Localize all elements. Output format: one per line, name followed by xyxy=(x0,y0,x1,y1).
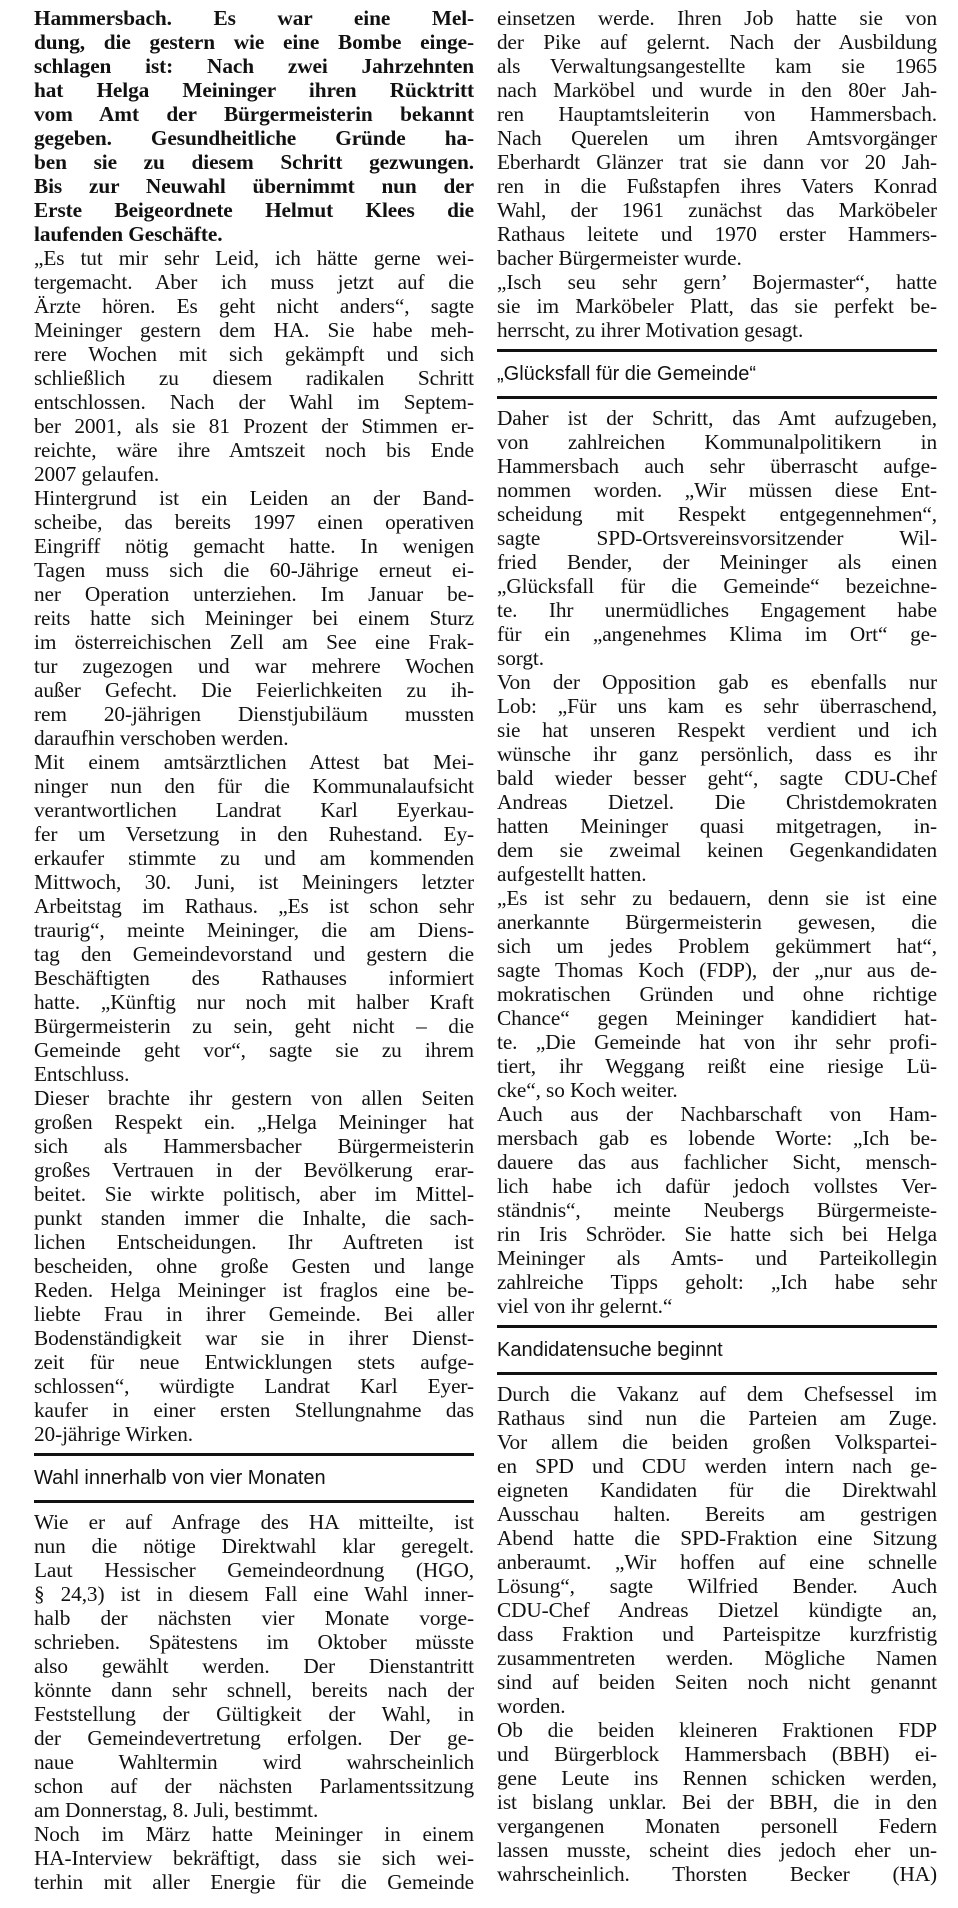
text-line: Ärzte hören. Es geht nicht anders“, sagt… xyxy=(34,294,474,318)
text-line: Von der Opposition gab es ebenfalls nur xyxy=(497,670,937,694)
text-line: Nach Querelen um ihren Amtsvorgänger xyxy=(497,126,937,150)
text-line: ständnis“, meinte Neubergs Bürgermeiste- xyxy=(497,1198,937,1222)
text-line: „Es ist sehr zu bedauern, denn sie ist e… xyxy=(497,886,937,910)
text-line: te. „Die Gemeinde hat von ihr sehr profi… xyxy=(497,1030,937,1054)
text-line: worden. xyxy=(497,1694,937,1718)
text-line: Auch aus der Nachbarschaft von Ham- xyxy=(497,1102,937,1126)
text-line: und Bürgerblock Hammersbach (BBH) ei- xyxy=(497,1742,937,1766)
section-subheading: Wahl innerhalb von vier Monaten xyxy=(34,1456,474,1500)
text-line: bald wieder besser geht“, sagte CDU-Chef xyxy=(497,766,937,790)
text-line: sie hat unseren Respekt verdient und ich xyxy=(497,718,937,742)
text-line: ren Hauptamtsleiterin von Hammersbach. xyxy=(497,102,937,126)
body-paragraph: Dieser brachte ihr gestern von allen Sei… xyxy=(34,1086,474,1446)
text-line: Bodenständigkeit war sie in ihrer Dienst… xyxy=(34,1326,474,1350)
text-line: wahrscheinlich. Thorsten Becker (HA) xyxy=(497,1862,937,1886)
text-line: entschlossen. Nach der Wahl im Septem- xyxy=(34,390,474,414)
text-line: Ob die beiden kleineren Fraktionen FDP xyxy=(497,1718,937,1742)
text-line: großen Respekt ein. „Helga Meininger hat xyxy=(34,1110,474,1134)
text-line: zahlreiche Tipps geholt: „Ich habe sehr xyxy=(497,1270,937,1294)
text-line: mersbach gab es lobende Worte: „Ich be- xyxy=(497,1126,937,1150)
text-line: Dieser brachte ihr gestern von allen Sei… xyxy=(34,1086,474,1110)
text-line: kaufer in einer ersten Stellungnahme das xyxy=(34,1398,474,1422)
text-line: erkaufer stimmte zu und am kommenden xyxy=(34,846,474,870)
text-line: cke“, so Koch weiter. xyxy=(497,1078,937,1102)
text-line: Bürgermeisterin zu sein, geht nicht – di… xyxy=(34,1014,474,1038)
text-line: nach Marköbel und wurde in den 80er Jah- xyxy=(497,78,937,102)
text-line: also gewählt werden. Der Dienstantritt xyxy=(34,1654,474,1678)
text-line: Meininger als Amts- und Parteikollegin xyxy=(497,1246,937,1270)
text-line: rere Wochen mit sich gekämpft und sich xyxy=(34,342,474,366)
text-line: ist bislang unklar. Bei der BBH, die in … xyxy=(497,1790,937,1814)
text-line: einsetzen werde. Ihren Job hatte sie von xyxy=(497,6,937,30)
section-subheading: Kandidatensuche beginnt xyxy=(497,1328,937,1372)
text-line: der Gemeindevertretung erfolgen. Der ge- xyxy=(34,1726,474,1750)
text-line: Noch im März hatte Meininger in einem xyxy=(34,1822,474,1846)
lead-paragraph: Hammersbach. Es war eine Mel-dung, die g… xyxy=(34,6,474,246)
text-line: rem 20-jährigen Dienstjubiläum mussten xyxy=(34,702,474,726)
text-line: wünsche ihr ganz persönlich, dass es ihr xyxy=(497,742,937,766)
text-line: sind auf beiden Seiten noch nicht genann… xyxy=(497,1670,937,1694)
text-line: schließlich zu diesem radikalen Schritt xyxy=(34,366,474,390)
text-line: lassen musste, scheint dies jedoch eher … xyxy=(497,1838,937,1862)
text-line: te. Ihr unermüdliches Engagement habe xyxy=(497,598,937,622)
text-line: Arbeitstag im Rathaus. „Es ist schon seh… xyxy=(34,894,474,918)
text-line: eigneten Kandidaten für die Direktwahl xyxy=(497,1478,937,1502)
text-line: Feststellung der Gültigkeit der Wahl, in xyxy=(34,1702,474,1726)
text-line: mokratischen Gründen und ohne richtige xyxy=(497,982,937,1006)
body-paragraph: Mit einem amtsärztlichen Attest bat Mei-… xyxy=(34,750,474,1086)
text-line: HA-Interview bekräftigt, dass sie sich w… xyxy=(34,1846,474,1870)
text-line: lichen Entscheidungen. Ihr Auftreten ist xyxy=(34,1230,474,1254)
text-line: tag den Gemeindevorstand und gestern die xyxy=(34,942,474,966)
text-line: ben sie zu diesem Schritt gezwungen. xyxy=(34,150,474,174)
text-line: könnte dann sehr schnell, bereits nach d… xyxy=(34,1678,474,1702)
text-line: ren in die Fußstapfen ihres Vaters Konra… xyxy=(497,174,937,198)
text-line: beitet. Sie wirkte politisch, aber im Mi… xyxy=(34,1182,474,1206)
text-line: tiert, ihr Weggang reißt eine riesige Lü… xyxy=(497,1054,937,1078)
body-paragraph: „Es tut mir sehr Leid, ich hätte gerne w… xyxy=(34,246,474,486)
text-line: vergangenen Monaten personell Federn xyxy=(497,1814,937,1838)
text-line: Mit einem amtsärztlichen Attest bat Mei- xyxy=(34,750,474,774)
text-line: tergemacht. Aber ich muss jetzt auf die xyxy=(34,270,474,294)
text-line: dauere das aus fachlicher Sicht, mensch- xyxy=(497,1150,937,1174)
text-line: traurig“, meinte Meininger, die am Diens… xyxy=(34,918,474,942)
text-line: 20-jährige Wirken. xyxy=(34,1422,474,1446)
text-line: schon auf der nächsten Parlamentssitzung xyxy=(34,1774,474,1798)
text-line: Eberhardt Glänzer trat sie dann vor 20 J… xyxy=(497,150,937,174)
text-line: laufenden Geschäfte. xyxy=(34,222,474,246)
body-paragraph: Durch die Vakanz auf dem Chefsessel imRa… xyxy=(497,1382,937,1718)
text-line: bacher Bürgermeister wurde. xyxy=(497,246,937,270)
text-line: sich um jedes Problem gekümmert hat“, xyxy=(497,934,937,958)
text-line: Laut Hessischer Gemeindeordnung (HGO, xyxy=(34,1558,474,1582)
text-line: tur zugezogen und war mehrere Wochen xyxy=(34,654,474,678)
text-line: zusammentreten werden. Mögliche Namen xyxy=(497,1646,937,1670)
text-line: anberaumt. „Wir hoffen auf eine schnelle xyxy=(497,1550,937,1574)
text-line: schlagen ist: Nach zwei Jahrzehnten xyxy=(34,54,474,78)
text-line: ninger nun den für die Kommunalaufsicht xyxy=(34,774,474,798)
text-line: „Es tut mir sehr Leid, ich hätte gerne w… xyxy=(34,246,474,270)
text-line: Entschluss. xyxy=(34,1062,474,1086)
body-paragraph: einsetzen werde. Ihren Job hatte sie von… xyxy=(497,6,937,270)
text-line: Lob: „Für uns kam es sehr überraschend, xyxy=(497,694,937,718)
text-line: dem sie zweimal keinen Gegenkandidaten xyxy=(497,838,937,862)
text-line: scheidung mit Respekt entgegennehmen“, xyxy=(497,502,937,526)
text-line: daraufhin verschoben werden. xyxy=(34,726,474,750)
text-line: für ein „angenehmes Klima im Ort“ ge- xyxy=(497,622,937,646)
body-paragraph: Hintergrund ist ein Leiden an der Band-s… xyxy=(34,486,474,750)
text-line: im österreichischen Zell am See eine Fra… xyxy=(34,630,474,654)
text-line: Durch die Vakanz auf dem Chefsessel im xyxy=(497,1382,937,1406)
text-line: CDU-Chef Andreas Dietzel kündigte an, xyxy=(497,1598,937,1622)
text-line: aufgestellt hatten. xyxy=(497,862,937,886)
text-line: Wie er auf Anfrage des HA mitteilte, ist xyxy=(34,1510,474,1534)
text-line: nommen worden. „Wir müssen diese Ent- xyxy=(497,478,937,502)
text-line: schlossen“, würdigte Landrat Karl Eyer- xyxy=(34,1374,474,1398)
text-line: rin Iris Schröder. Sie hatte sich bei He… xyxy=(497,1222,937,1246)
text-line: liebte Frau in ihrer Gemeinde. Bei aller xyxy=(34,1302,474,1326)
text-line: Eingriff nötig gemacht hatte. In wenigen xyxy=(34,534,474,558)
body-paragraph: Ob die beiden kleineren Fraktionen FDPun… xyxy=(497,1718,937,1886)
text-line: fer um Versetzung in den Ruhestand. Ey- xyxy=(34,822,474,846)
text-line: anerkannte Bürgermeisterin gewesen, die xyxy=(497,910,937,934)
text-line: dung, die gestern wie eine Bombe einge- xyxy=(34,30,474,54)
article-column-left: Hammersbach. Es war eine Mel-dung, die g… xyxy=(34,6,474,1894)
text-line: Gemeinde geht vor“, sagte sie zu ihrem xyxy=(34,1038,474,1062)
text-line: sagte SPD-Ortsvereinsvorsitzender Wil- xyxy=(497,526,937,550)
text-line: am Donnerstag, 8. Juli, bestimmt. xyxy=(34,1798,474,1822)
text-line: „Glücksfall für die Gemeinde“ bezeichne- xyxy=(497,574,937,598)
text-line: terhin mit aller Energie für die Gemeind… xyxy=(34,1870,474,1894)
body-paragraph: Noch im März hatte Meininger in einemHA-… xyxy=(34,1822,474,1894)
text-line: Reden. Helga Meininger ist fraglos eine … xyxy=(34,1278,474,1302)
text-line: dass Fraktion und Parteispitze kurzfrist… xyxy=(497,1622,937,1646)
text-line: vom Amt der Bürgermeisterin bekannt xyxy=(34,102,474,126)
text-line: Erste Beigeordnete Helmut Klees die xyxy=(34,198,474,222)
text-line: bescheiden, ohne große Gesten und lange xyxy=(34,1254,474,1278)
text-line: zeit für neue Entwicklungen stets aufge- xyxy=(34,1350,474,1374)
text-line: Bis zur Neuwahl übernimmt nun der xyxy=(34,174,474,198)
text-line: der Pike auf gelernt. Nach der Ausbildun… xyxy=(497,30,937,54)
text-line: hat Helga Meininger ihren Rücktritt xyxy=(34,78,474,102)
text-line: en SPD und CDU werden intern nach ge- xyxy=(497,1454,937,1478)
section-rule-bottom xyxy=(497,1372,937,1375)
text-line: Rathaus sind nun die Parteien am Zuge. xyxy=(497,1406,937,1430)
text-line: punkt standen immer die Inhalte, die sac… xyxy=(34,1206,474,1230)
text-line: Meininger gestern dem HA. Sie habe meh- xyxy=(34,318,474,342)
text-line: Tagen muss sich die 60-Jährige erneut ei… xyxy=(34,558,474,582)
text-line: Hammersbach auch sehr überrascht aufge- xyxy=(497,454,937,478)
text-line: „Isch seu sehr gern’ Bojermaster“, hatte xyxy=(497,270,937,294)
text-line: § 24,3) ist in diesem Fall eine Wahl inn… xyxy=(34,1582,474,1606)
text-line: scheibe, das bereits 1997 einen operativ… xyxy=(34,510,474,534)
text-line: Chance“ gegen Meininger kandidiert hat- xyxy=(497,1006,937,1030)
body-paragraph: Von der Opposition gab es ebenfalls nurL… xyxy=(497,670,937,886)
text-line: ber 2001, als sie 81 Prozent der Stimmen… xyxy=(34,414,474,438)
body-paragraph: Wie er auf Anfrage des HA mitteilte, ist… xyxy=(34,1510,474,1822)
text-line: sorgt. xyxy=(497,646,937,670)
text-line: Lösung“, sagte Wilfried Bender. Auch xyxy=(497,1574,937,1598)
text-line: gegeben. Gesundheitliche Gründe ha- xyxy=(34,126,474,150)
body-paragraph: „Isch seu sehr gern’ Bojermaster“, hatte… xyxy=(497,270,937,342)
text-line: Vor allem die beiden großen Volkspartei- xyxy=(497,1430,937,1454)
section-rule-bottom xyxy=(34,1500,474,1503)
text-line: ner Operation unterziehen. Im Januar be- xyxy=(34,582,474,606)
section-subheading: „Glücksfall für die Gemeinde“ xyxy=(497,352,937,396)
text-line: außer Gefecht. Die Feierlichkeiten zu ih… xyxy=(34,678,474,702)
text-line: Andreas Dietzel. Die Christdemokraten xyxy=(497,790,937,814)
article-column-right: einsetzen werde. Ihren Job hatte sie von… xyxy=(497,6,937,1886)
text-line: sie im Marköbeler Platt, das sie perfekt… xyxy=(497,294,937,318)
text-line: 2007 gelaufen. xyxy=(34,462,474,486)
text-line: gene Leute ins Rennen schicken werden, xyxy=(497,1766,937,1790)
text-line: Ausschau halten. Bereits am gestrigen xyxy=(497,1502,937,1526)
body-paragraph: „Es ist sehr zu bedauern, denn sie ist e… xyxy=(497,886,937,1102)
text-line: Hammersbach. Es war eine Mel- xyxy=(34,6,474,30)
text-line: Abend hatte die SPD-Fraktion eine Sitzun… xyxy=(497,1526,937,1550)
text-line: naue Wahltermin wird wahrscheinlich xyxy=(34,1750,474,1774)
text-line: sagte Thomas Koch (FDP), der „nur aus de… xyxy=(497,958,937,982)
section-rule-bottom xyxy=(497,396,937,399)
text-line: Mittwoch, 30. Juni, ist Meiningers letzt… xyxy=(34,870,474,894)
text-line: fried Bender, der Meininger als einen xyxy=(497,550,937,574)
text-line: Hintergrund ist ein Leiden an der Band- xyxy=(34,486,474,510)
text-line: hatten Meininger quasi mitgetragen, in- xyxy=(497,814,937,838)
text-line: großes Vertrauen in der Bevölkerung erar… xyxy=(34,1158,474,1182)
text-line: viel von ihr gelernt.“ xyxy=(497,1294,937,1318)
text-line: nun die nötige Direktwahl klar geregelt. xyxy=(34,1534,474,1558)
text-line: sich als Hammersbacher Bürgermeisterin xyxy=(34,1134,474,1158)
text-line: reichte, wäre ihre Amtszeit noch bis End… xyxy=(34,438,474,462)
body-paragraph: Auch aus der Nachbarschaft von Ham-mersb… xyxy=(497,1102,937,1318)
text-line: von zahlreichen Kommunalpolitikern in xyxy=(497,430,937,454)
body-paragraph: Daher ist der Schritt, das Amt aufzugebe… xyxy=(497,406,937,670)
text-line: halb der nächsten vier Monate vorge- xyxy=(34,1606,474,1630)
text-line: Beschäftigten des Rathauses informiert xyxy=(34,966,474,990)
text-line: verantwortlichen Landrat Karl Eyerkau- xyxy=(34,798,474,822)
text-line: Rathaus leitete und 1970 erster Hammers- xyxy=(497,222,937,246)
text-line: schrieben. Spätestens im Oktober müsste xyxy=(34,1630,474,1654)
text-line: herrscht, zu ihrer Motivation gesagt. xyxy=(497,318,937,342)
text-line: als Verwaltungsangestellte kam sie 1965 xyxy=(497,54,937,78)
text-line: lich habe ich dafür jedoch vollstes Ver- xyxy=(497,1174,937,1198)
text-line: Daher ist der Schritt, das Amt aufzugebe… xyxy=(497,406,937,430)
text-line: Wahl, der 1961 zunächst das Marköbeler xyxy=(497,198,937,222)
text-line: hatte. „Künftig nur noch mit halber Kraf… xyxy=(34,990,474,1014)
text-line: reits hatte sich Meininger bei einem Stu… xyxy=(34,606,474,630)
